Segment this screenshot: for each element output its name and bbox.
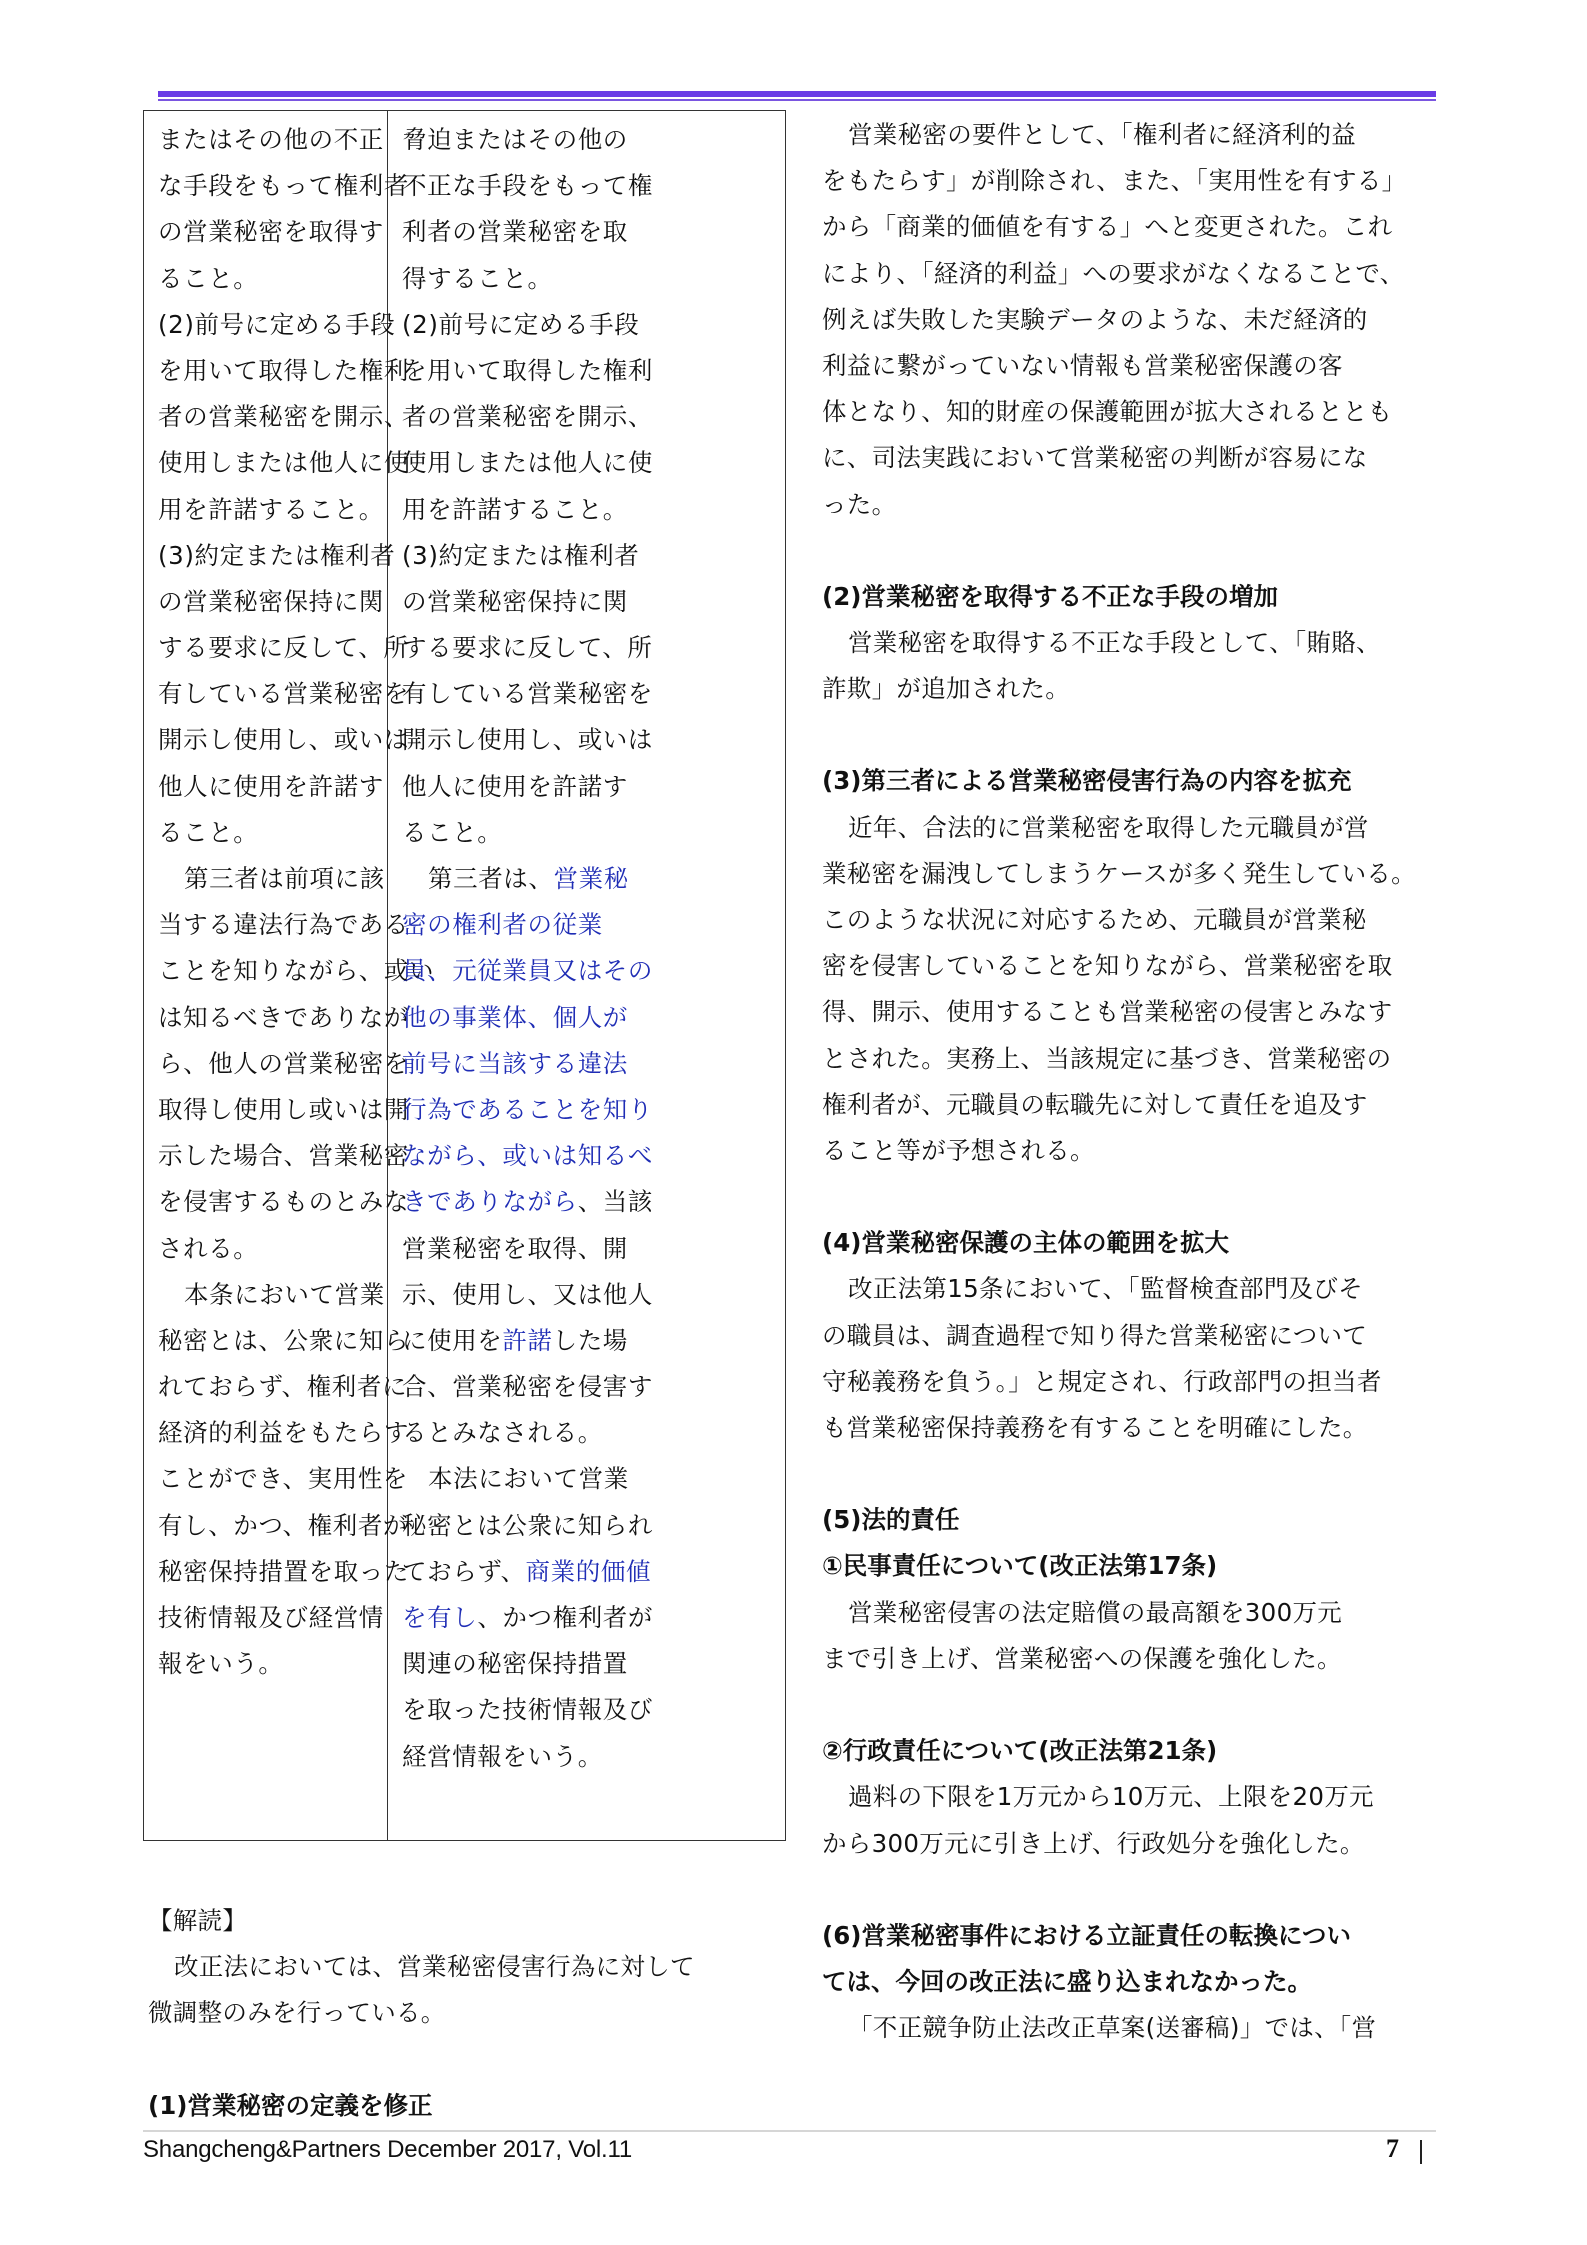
paragraph-line: 「不正競争防止法改正草案(送審稿)」では、「営 (822, 2005, 1462, 2051)
section-heading-6-cont: ては、今回の改正法に盛り込まれなかった。 (822, 1959, 1462, 2005)
table-line: 有している営業秘密を (158, 671, 379, 717)
amended-text: 営業秘 (554, 864, 629, 893)
paragraph-line: 体となり、知的財産の保護範囲が拡大されるととも (822, 389, 1462, 435)
table-line: 他人に使用を許諾す (158, 764, 379, 810)
table-line: な手段をもって権利者 (158, 163, 379, 209)
paragraph-line: とされた。実務上、当該規定に基づき、営業秘密の (822, 1036, 1462, 1082)
clause-text: 脅迫またはその他の (402, 125, 628, 154)
paragraph-line: により、「経済的利益」への要求がなくなることで、 (822, 251, 1462, 297)
amended-text: 前号に当該する違法 (402, 1049, 628, 1078)
page-number: 7 (1386, 2134, 1399, 2164)
old-law-column: またはその他の不正な手段をもって権利者の営業秘密を取得すること。(2)前号に定め… (144, 111, 388, 1840)
table-line: 営業秘密を取得、開 (402, 1226, 777, 1272)
table-line: 合、営業秘密を侵害す (402, 1364, 777, 1410)
table-line: 関連の秘密保持措置 (402, 1641, 777, 1687)
table-line: ること。 (402, 810, 777, 856)
clause-text: 者の営業秘密を開示、 (402, 402, 653, 431)
paragraph-line: をもたらす」が削除され、また、「実用性を有する」 (822, 158, 1462, 204)
clause-text: 技術情報及び経営情 (158, 1603, 384, 1632)
table-line: ること。 (158, 810, 379, 856)
table-line: される。 (158, 1226, 379, 1272)
clause-text: 秘密保持措置を取った (158, 1557, 409, 1586)
clause-text: 他人に使用を許諾す (158, 772, 384, 801)
amended-text: 商業的価値 (526, 1557, 652, 1586)
table-line: 報をいう。 (158, 1641, 379, 1687)
clause-text: (2)前号に定める手段 (402, 310, 639, 339)
clause-text: を用いて取得した権利 (402, 356, 653, 385)
clause-text: に使用を (402, 1326, 502, 1355)
clause-text: 経済的利益をもたらす (158, 1418, 409, 1447)
table-line: 秘密とは公衆に知られ (402, 1503, 777, 1549)
footer-separator (1420, 2140, 1422, 2164)
right-column: 営業秘密の要件として、「権利者に経済利的益をもたらす」が削除され、また、「実用性… (822, 112, 1462, 2051)
paragraph-line: 利益に繋がっていない情報も営業秘密保護の客 (822, 343, 1462, 389)
subsection-heading-administrative: ②行政責任について(改正法第21条) (822, 1728, 1462, 1774)
paragraph-line: から「商業的価値を有する」へと変更された。これ (822, 204, 1462, 250)
clause-text: 示、使用し、又は他人 (402, 1280, 653, 1309)
paragraph-line: 密を侵害していることを知りながら、営業秘密を取 (822, 943, 1462, 989)
clause-text: を侵害するものとみな (158, 1187, 409, 1216)
section-heading-6: (6)営業秘密事件における立証責任の転換につい (822, 1913, 1462, 1959)
clause-text: 当する違法行為である (158, 910, 409, 939)
clause-text: (2)前号に定める手段 (158, 310, 395, 339)
clause-text: 用を許諾すること。 (158, 495, 384, 524)
table-line: を用いて取得した権利 (158, 348, 379, 394)
table-line: に使用を許諾した場 (402, 1318, 777, 1364)
paragraph-line: った。 (822, 482, 1462, 528)
table-line: の営業秘密保持に関 (402, 579, 777, 625)
clause-text: の営業秘密保持に関 (158, 587, 384, 616)
paragraph-line: に、司法実践において営業秘密の判断が容易にな (822, 435, 1462, 481)
table-line: 第三者は、営業秘 (402, 856, 777, 902)
table-line: 脅迫またはその他の (402, 117, 777, 163)
table-line: 使用しまたは他人に使 (402, 440, 777, 486)
section-heading-3: (3)第三者による営業秘密侵害行為の内容を拡充 (822, 758, 1462, 804)
clause-text: 開示し使用し、或いは (158, 725, 409, 754)
paragraph-line: 詐欺」が追加された。 (822, 666, 1462, 712)
clause-text: 利者の営業秘密を取 (402, 217, 628, 246)
table-line: 用を許諾すること。 (402, 487, 777, 533)
clause-text: れておらず、権利者に (158, 1372, 407, 1401)
table-line: 示、使用し、又は他人 (402, 1272, 777, 1318)
clause-text: ておらず、 (402, 1557, 526, 1586)
table-line: の営業秘密を取得す (158, 209, 379, 255)
clause-text: るとみなされる。 (402, 1418, 603, 1447)
paragraph-line: 過料の下限を1万元から10万元、上限を20万元 (822, 1774, 1462, 1820)
paragraph-line: 営業秘密侵害の法定賠償の最高額を300万元 (822, 1590, 1462, 1636)
section-heading-4: (4)営業秘密保護の主体の範囲を拡大 (822, 1220, 1462, 1266)
table-line: 経済的利益をもたらす (158, 1410, 379, 1456)
clause-text: 本法において営業 (428, 1464, 629, 1493)
amended-text: 他の事業体、個人が (402, 1003, 628, 1032)
amended-text: 員、元従業員又はその (402, 956, 653, 985)
clause-text: ること。 (158, 818, 258, 847)
table-line: 本法において営業 (402, 1456, 777, 1502)
table-line: 行為であることを知り (402, 1087, 777, 1133)
table-line: は知るべきでありなが (158, 995, 379, 1041)
clause-text: 報をいう。 (158, 1649, 284, 1678)
table-line: 経営情報をいう。 (402, 1734, 777, 1780)
clause-text: 第三者は前項に該 (184, 864, 385, 893)
amended-text: 許諾 (502, 1326, 552, 1355)
clause-text: またはその他の不正 (158, 125, 384, 154)
table-line: 利者の営業秘密を取 (402, 209, 777, 255)
table-line: 不正な手段をもって権 (402, 163, 777, 209)
clause-text: 有し、かつ、権利者が (158, 1511, 408, 1540)
clause-text: ら、他人の営業秘密を (158, 1049, 409, 1078)
clause-text: 秘密とは公衆に知られ (402, 1511, 653, 1540)
clause-text: は知るべきでありなが (158, 1003, 409, 1032)
table-line: 者の営業秘密を開示、 (402, 394, 777, 440)
table-line: 本条において営業 (158, 1272, 379, 1318)
paragraph-line: このような状況に対応するため、元職員が営業秘 (822, 897, 1462, 943)
table-line: 者の営業秘密を開示、 (158, 394, 379, 440)
table-line: する要求に反して、所 (158, 625, 379, 671)
paragraph-line: 得、開示、使用することも営業秘密の侵害とみなす (822, 989, 1462, 1035)
table-line: 開示し使用し、或いは (158, 717, 379, 763)
table-line: 秘密とは、公衆に知ら (158, 1318, 379, 1364)
table-line: 使用しまたは他人に使 (158, 440, 379, 486)
commentary-heading: 【解読】 (148, 1898, 788, 1944)
clause-text: 不正な手段をもって権 (402, 171, 653, 200)
table-line: を取った技術情報及び (402, 1687, 777, 1733)
clause-text: 者の営業秘密を開示、 (158, 402, 409, 431)
table-line: 有している営業秘密を (402, 671, 777, 717)
table-line: 取得し使用し或いは開 (158, 1087, 379, 1133)
commentary-section: 【解読】 改正法においては、営業秘密侵害行為に対して 微調整のみを行っている。 … (148, 1898, 788, 2129)
table-line: 秘密保持措置を取った (158, 1549, 379, 1595)
table-line: する要求に反して、所 (402, 625, 777, 671)
clause-text: する要求に反して、所 (402, 633, 653, 662)
paragraph-line: 改正法第15条において、「監督検査部門及びそ (822, 1266, 1462, 1312)
commentary-paragraph-line: 改正法においては、営業秘密侵害行為に対して (148, 1944, 788, 1990)
clause-text: ことができ、実用性を (158, 1464, 408, 1493)
paragraph-line: まで引き上げ、営業秘密への保護を強化した。 (822, 1636, 1462, 1682)
table-line: 他人に使用を許諾す (402, 764, 777, 810)
section-heading-5: (5)法的責任 (822, 1497, 1462, 1543)
table-line: 有し、かつ、権利者が (158, 1503, 379, 1549)
new-law-column: 脅迫またはその他の不正な手段をもって権利者の営業秘密を取得すること。(2)前号に… (388, 111, 785, 1840)
clause-text: の営業秘密を取得す (158, 217, 384, 246)
table-line: 技術情報及び経営情 (158, 1595, 379, 1641)
clause-text: される。 (158, 1234, 258, 1263)
amended-text: を有し (402, 1603, 477, 1632)
table-line: 得すること。 (402, 256, 777, 302)
table-line: (3)約定または権利者 (402, 533, 777, 579)
clause-text: 得すること。 (402, 264, 553, 293)
table-line: 員、元従業員又はその (402, 948, 777, 994)
table-line: ること。 (158, 256, 379, 302)
paragraph-line: 営業秘密の要件として、「権利者に経済利的益 (822, 112, 1462, 158)
clause-text: 第三者は、 (428, 864, 554, 893)
section-heading-1: (1)営業秘密の定義を修正 (148, 2083, 788, 2129)
clause-text: 営業秘密を取得、開 (402, 1234, 628, 1263)
clause-text: 関連の秘密保持措置 (402, 1649, 628, 1678)
paragraph-line: 権利者が、元職員の転職先に対して責任を追及す (822, 1082, 1462, 1128)
clause-text: 有している営業秘密を (158, 679, 409, 708)
table-line: 他の事業体、個人が (402, 995, 777, 1041)
table-line: るとみなされる。 (402, 1410, 777, 1456)
paragraph-line: も営業秘密保持義務を有することを明確にした。 (822, 1405, 1462, 1451)
amended-text: 行為であることを知り (402, 1095, 653, 1124)
table-line: (2)前号に定める手段 (402, 302, 777, 348)
paragraph-line: 例えば失敗した実験データのような、未だ経済的 (822, 297, 1462, 343)
clause-text: 示した場合、営業秘密 (158, 1141, 409, 1170)
clause-text: 秘密とは、公衆に知ら (158, 1326, 409, 1355)
clause-text: ること。 (158, 264, 258, 293)
clause-text: (3)約定または権利者 (402, 541, 639, 570)
clause-text: 、かつ権利者が (477, 1603, 653, 1632)
paragraph-line: 近年、合法的に営業秘密を取得した元職員が営 (822, 805, 1462, 851)
table-line: を用いて取得した権利 (402, 348, 777, 394)
table-line: ことができ、実用性を (158, 1456, 379, 1502)
clause-text: 本条において営業 (184, 1280, 385, 1309)
subsection-heading-civil: ①民事責任について(改正法第17条) (822, 1543, 1462, 1589)
table-line: れておらず、権利者に (158, 1364, 379, 1410)
table-line: を侵害するものとみな (158, 1179, 379, 1225)
paragraph-line: ること等が予想される。 (822, 1128, 1462, 1174)
paragraph-line: から300万元に引き上げ、行政処分を強化した。 (822, 1821, 1462, 1867)
paragraph-line: の職員は、調査過程で知り得た営業秘密について (822, 1313, 1462, 1359)
table-line: 開示し使用し、或いは (402, 717, 777, 763)
table-line: (2)前号に定める手段 (158, 302, 379, 348)
table-line: きでありながら、当該 (402, 1179, 777, 1225)
amended-text: 密の権利者の従業 (402, 910, 603, 939)
clause-text: 取得し使用し或いは開 (158, 1095, 409, 1124)
clause-text: (3)約定または権利者 (158, 541, 395, 570)
clause-text: 合、営業秘密を侵害す (402, 1372, 653, 1401)
clause-text: を用いて取得した権利 (158, 356, 409, 385)
amended-text: ながら、或いは知るべ (402, 1141, 653, 1170)
table-line: ながら、或いは知るべ (402, 1133, 777, 1179)
table-line: ことを知りながら、或い (158, 948, 379, 994)
table-line: (3)約定または権利者 (158, 533, 379, 579)
table-line: またはその他の不正 (158, 117, 379, 163)
header-rule-thin (158, 99, 1436, 101)
commentary-paragraph-line: 微調整のみを行っている。 (148, 1990, 788, 2036)
clause-text: 経営情報をいう。 (402, 1742, 603, 1771)
table-line: 用を許諾すること。 (158, 487, 379, 533)
table-line: の営業秘密保持に関 (158, 579, 379, 625)
paragraph-line: 守秘義務を負う。」と規定され、行政部門の担当者 (822, 1359, 1462, 1405)
table-line: 当する違法行為である (158, 902, 379, 948)
footer-rule (143, 2130, 1436, 2132)
table-line: 前号に当該する違法 (402, 1041, 777, 1087)
table-line: 第三者は前項に該 (158, 856, 379, 902)
table-line: ら、他人の営業秘密を (158, 1041, 379, 1087)
table-line: を有し、かつ権利者が (402, 1595, 777, 1641)
table-line: 示した場合、営業秘密 (158, 1133, 379, 1179)
clause-text: を取った技術情報及び (402, 1695, 653, 1724)
clause-text: な手段をもって権利者 (158, 171, 409, 200)
clause-text: 用を許諾すること。 (402, 495, 628, 524)
header-rule (158, 91, 1436, 97)
comparison-table: またはその他の不正な手段をもって権利者の営業秘密を取得すること。(2)前号に定め… (143, 110, 786, 1841)
table-line: 密の権利者の従業 (402, 902, 777, 948)
clause-text: する要求に反して、所 (158, 633, 409, 662)
clause-text: 、当該 (578, 1187, 653, 1216)
clause-text: ること。 (402, 818, 502, 847)
paragraph-line: 営業秘密を取得する不正な手段として、「賄賂、 (822, 620, 1462, 666)
section-heading-2: (2)営業秘密を取得する不正な手段の増加 (822, 574, 1462, 620)
footer-publication: Shangcheng&Partners December 2017, Vol.1… (143, 2136, 632, 2164)
clause-text: 使用しまたは他人に使 (402, 448, 653, 477)
clause-text: 使用しまたは他人に使 (158, 448, 409, 477)
clause-text: 他人に使用を許諾す (402, 772, 628, 801)
clause-text: した場 (553, 1326, 628, 1355)
amended-text: きでありながら (402, 1187, 578, 1216)
clause-text: 有している営業秘密を (402, 679, 653, 708)
clause-text: 開示し使用し、或いは (402, 725, 653, 754)
paragraph-line: 業秘密を漏洩してしまうケースが多く発生している。 (822, 851, 1462, 897)
table-line: ておらず、商業的価値 (402, 1549, 777, 1595)
clause-text: の営業秘密保持に関 (402, 587, 628, 616)
